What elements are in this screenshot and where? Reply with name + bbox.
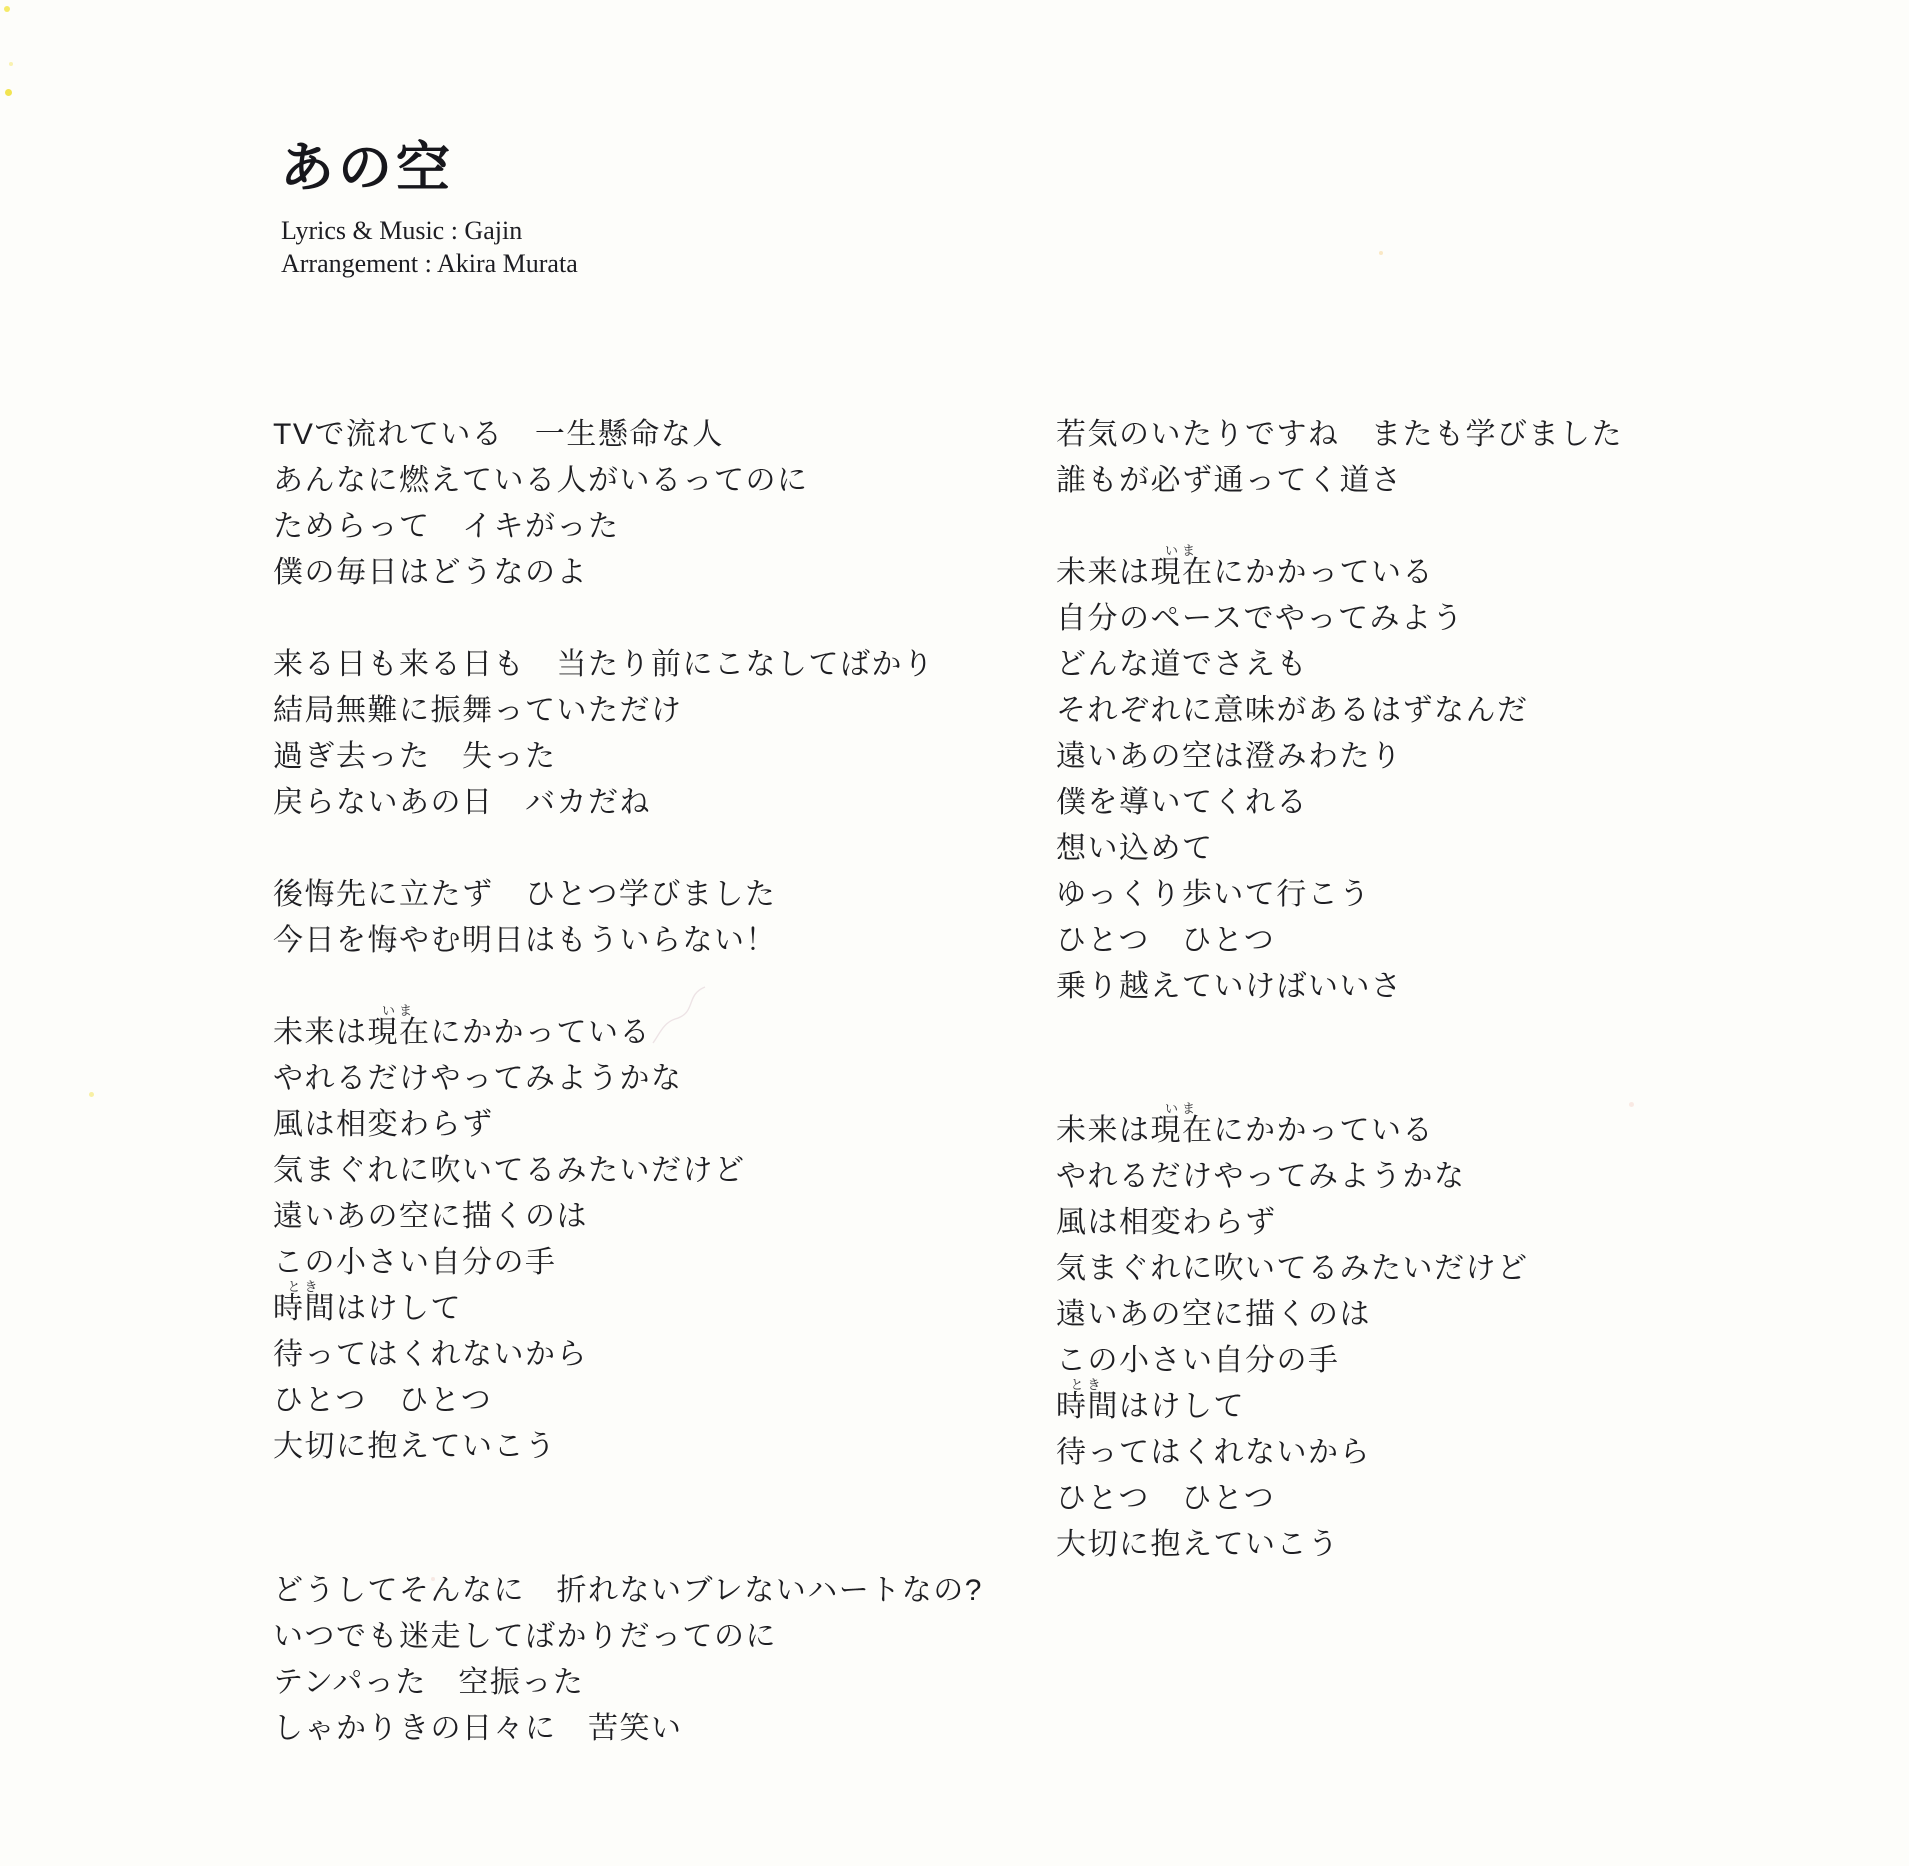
lyric-line: ためらって イキがった	[273, 504, 973, 550]
lyric-line: 風は相変わらず	[1056, 1200, 1756, 1246]
lyrics-page: あの空 Lyrics & Music : Gajin Arrangement :…	[0, 0, 1909, 1866]
lyric-line: 待ってはくれないから	[1056, 1430, 1756, 1476]
credit-arrangement: Arrangement : Akira Murata	[281, 247, 578, 280]
credit-lyrics-music: Lyrics & Music : Gajin	[281, 214, 578, 247]
lyric-line: 乗り越えていけばいいさ	[1056, 964, 1756, 1010]
lyric-line: 遠いあの空に描くのは	[1056, 1292, 1756, 1338]
lyric-line: 想い込めて	[1056, 826, 1756, 872]
ruby-annotated-word: いま現在	[1151, 1114, 1214, 1147]
lyric-line: どうしてそんなに 折れないブレないハートなの?	[273, 1568, 973, 1614]
lyric-line: 来る日も来る日も 当たり前にこなしてばかり	[273, 642, 973, 688]
lyric-line: それぞれに意味があるはずなんだ	[1056, 688, 1756, 734]
lyrics-column-right: 若気のいたりですね またも学びました誰もが必ず通ってく道さ未来はいま現在にかかっ…	[1056, 412, 1756, 1614]
lyric-line: ひとつ ひとつ	[1056, 918, 1756, 964]
ruby-annotated-word: いま現在	[1151, 556, 1214, 589]
page-title: あの空	[280, 136, 454, 201]
lyric-line: 未来はいま現在にかかっている	[1056, 550, 1756, 596]
lyric-line: この小さい自分の手	[273, 1240, 973, 1286]
stanza: TVで流れている 一生懸命な人あんなに燃えている人がいるってのにためらって イキ…	[273, 412, 973, 596]
stanza: どうしてそんなに 折れないブレないハートなの?いつでも迷走してばかりだってのにテ…	[273, 1568, 973, 1752]
lyric-line: 大切に抱えていこう	[1056, 1522, 1756, 1568]
lyric-line: 若気のいたりですね またも学びました	[1056, 412, 1756, 458]
credits-block: Lyrics & Music : Gajin Arrangement : Aki…	[281, 214, 578, 280]
lyric-line: 待ってはくれないから	[273, 1332, 973, 1378]
ruby-annotated-word: とき時間	[273, 1292, 336, 1325]
scan-scratch-artifact	[645, 985, 715, 1045]
lyric-line: この小さい自分の手	[1056, 1338, 1756, 1384]
lyric-line: TVで流れている 一生懸命な人	[273, 412, 973, 458]
scan-speck	[4, 6, 10, 12]
ruby-annotated-word: いま現在	[368, 1016, 431, 1049]
lyric-line: やれるだけやってみようかな	[273, 1056, 973, 1102]
furigana: いま	[382, 1004, 416, 1017]
scan-speck	[9, 62, 13, 66]
lyric-line: テンパった 空振った	[273, 1660, 973, 1706]
lyric-line: ひとつ ひとつ	[1056, 1476, 1756, 1522]
stanza: 後悔先に立たず ひとつ学びました今日を悔やむ明日はもういらない！	[273, 872, 973, 964]
lyric-line: しゃかりきの日々に 苦笑い	[273, 1706, 973, 1752]
ruby-annotated-word: とき時間	[1056, 1390, 1119, 1423]
lyric-line: 気まぐれに吹いてるみたいだけど	[273, 1148, 973, 1194]
stanza: 来る日も来る日も 当たり前にこなしてばかり結局無難に振舞っていただけ過ぎ去った …	[273, 642, 973, 826]
lyric-line: 遠いあの空は澄みわたり	[1056, 734, 1756, 780]
lyric-line: 自分のペースでやってみよう	[1056, 596, 1756, 642]
lyric-line: 僕の毎日はどうなのよ	[273, 550, 973, 596]
lyric-line: 過ぎ去った 失った	[273, 734, 973, 780]
lyric-line: 大切に抱えていこう	[273, 1424, 973, 1470]
furigana: とき	[1070, 1378, 1104, 1391]
lyric-line: 僕を導いてくれる	[1056, 780, 1756, 826]
lyric-line: ゆっくり歩いて行こう	[1056, 872, 1756, 918]
scan-speck	[1379, 251, 1383, 255]
lyric-line: 戻らないあの日 バカだね	[273, 780, 973, 826]
lyric-line: 誰もが必ず通ってく道さ	[1056, 458, 1756, 504]
lyric-line: 遠いあの空に描くのは	[273, 1194, 973, 1240]
lyric-line: どんな道でさえも	[1056, 642, 1756, 688]
scan-speck	[1629, 1102, 1634, 1107]
lyrics-column-left: TVで流れている 一生懸命な人あんなに燃えている人がいるってのにためらって イキ…	[273, 412, 973, 1798]
stanza: 未来はいま現在にかかっている自分のペースでやってみようどんな道でさえもそれぞれに…	[1056, 550, 1756, 1010]
furigana: いま	[1165, 1102, 1199, 1115]
lyric-line: 結局無難に振舞っていただけ	[273, 688, 973, 734]
stanza: 未来はいま現在にかかっているやれるだけやってみようかな風は相変わらず気まぐれに吹…	[273, 1010, 973, 1470]
lyric-line: 今日を悔やむ明日はもういらない！	[273, 918, 973, 964]
lyric-line: あんなに燃えている人がいるってのに	[273, 458, 973, 504]
lyric-line: 風は相変わらず	[273, 1102, 973, 1148]
lyric-line: 気まぐれに吹いてるみたいだけど	[1056, 1246, 1756, 1292]
lyric-line: いつでも迷走してばかりだってのに	[273, 1614, 973, 1660]
furigana: とき	[287, 1280, 321, 1293]
scan-speck	[5, 89, 12, 96]
lyric-line: やれるだけやってみようかな	[1056, 1154, 1756, 1200]
lyric-line: 未来はいま現在にかかっている	[273, 1010, 973, 1056]
lyric-line: 未来はいま現在にかかっている	[1056, 1108, 1756, 1154]
lyric-line: ひとつ ひとつ	[273, 1378, 973, 1424]
lyric-line: とき時間はけして	[273, 1286, 973, 1332]
stanza: 未来はいま現在にかかっているやれるだけやってみようかな風は相変わらず気まぐれに吹…	[1056, 1108, 1756, 1568]
lyric-line: とき時間はけして	[1056, 1384, 1756, 1430]
furigana: いま	[1165, 544, 1199, 557]
scan-speck	[431, 1577, 435, 1581]
scan-speck	[89, 1092, 94, 1097]
stanza: 若気のいたりですね またも学びました誰もが必ず通ってく道さ	[1056, 412, 1756, 504]
lyric-line: 後悔先に立たず ひとつ学びました	[273, 872, 973, 918]
